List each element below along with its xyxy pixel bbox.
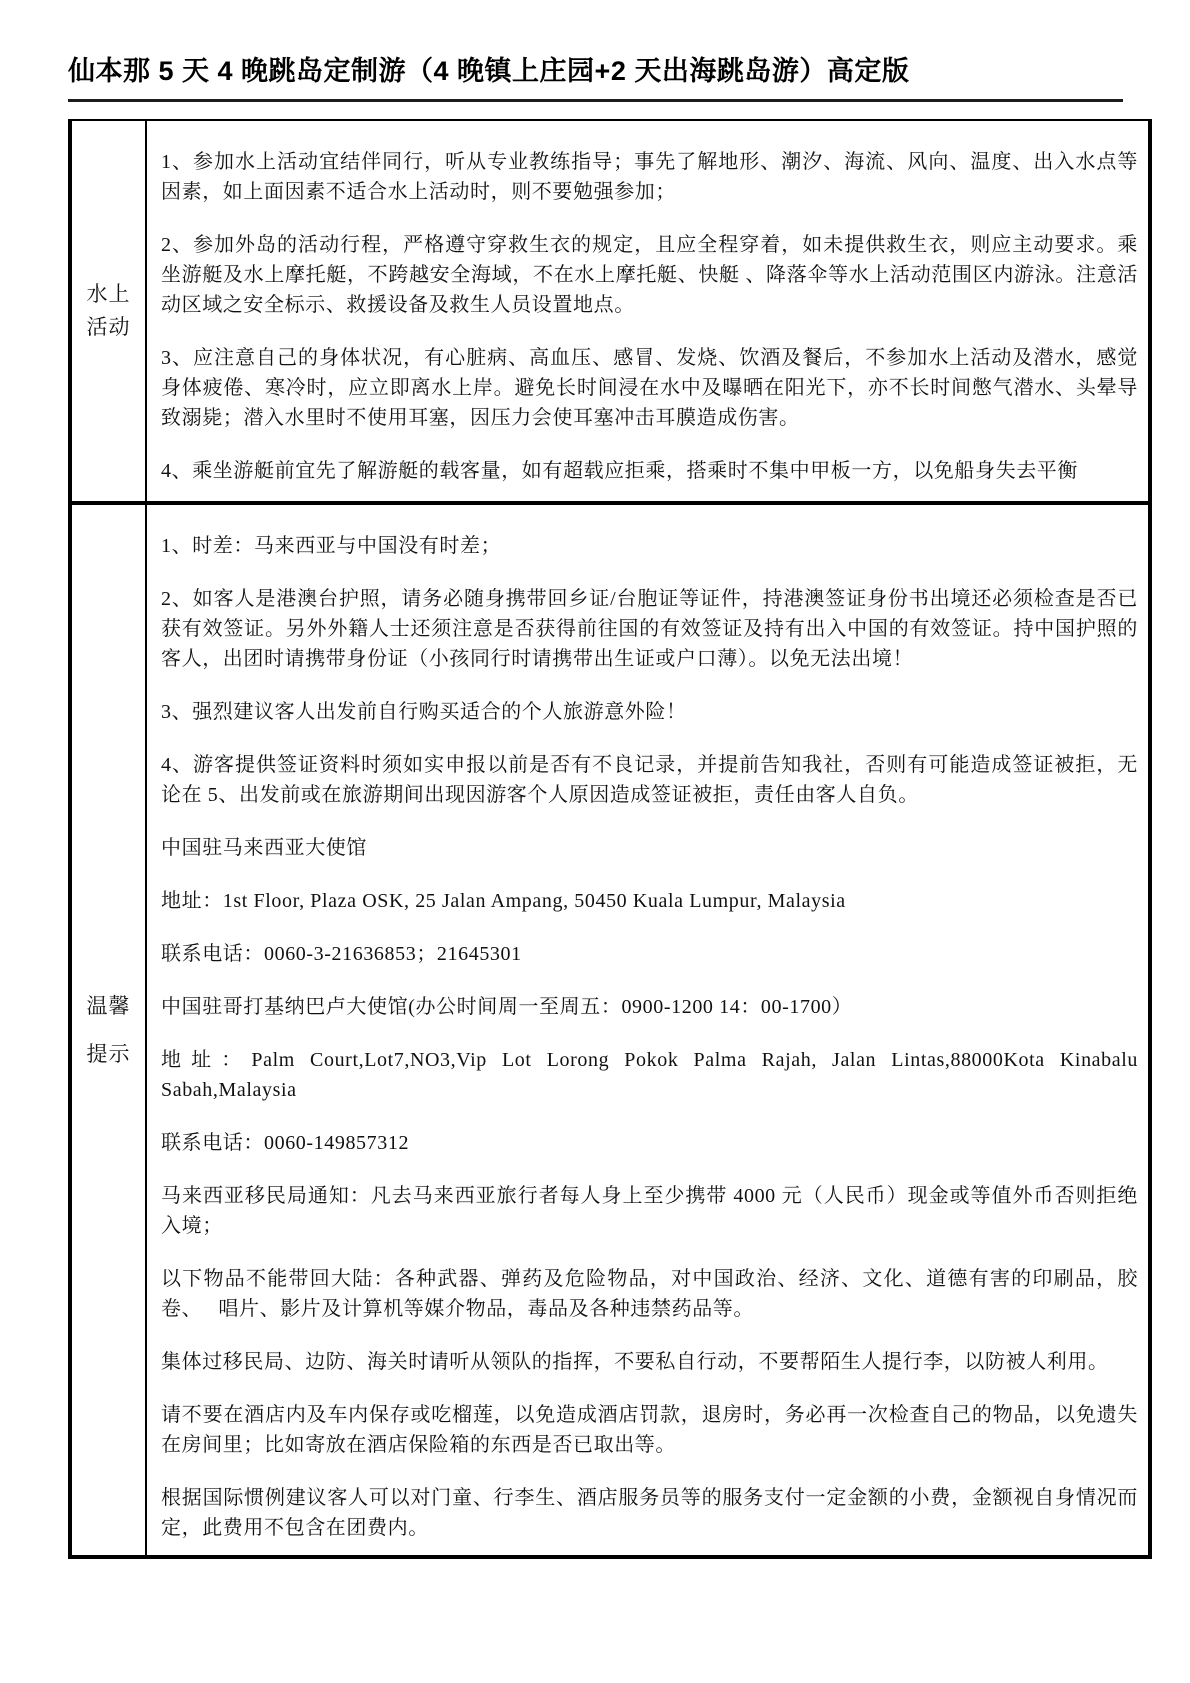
paragraph: 2、参加外岛的活动行程，严格遵守穿救生衣的规定，且应全程穿着，如未提供救生衣，则… (161, 230, 1138, 320)
paragraph: 地址：Palm Court,Lot7,NO3,Vip Lot Lorong Po… (161, 1045, 1138, 1105)
row-label-tips: 温馨 提示 (72, 505, 147, 1555)
info-table: 水上 活动 1、参加水上活动宜结伴同行，听从专业教练指导；事先了解地形、潮汐、海… (68, 119, 1152, 1559)
document-header: 仙本那 5 天 4 晚跳岛定制游（4 晚镇上庄园+2 天出海跳岛游）高定版 (68, 54, 1123, 102)
row-content-water-activities: 1、参加水上活动宜结伴同行，听从专业教练指导；事先了解地形、潮汐、海流、风向、温… (147, 121, 1148, 501)
paragraph: 4、游客提供签证资料时须如实申报以前是否有不良记录，并提前告知我社，否则有可能造… (161, 750, 1138, 810)
paragraph: 马来西亚移民局通知：凡去马来西亚旅行者每人身上至少携带 4000 元（人民币）现… (161, 1181, 1138, 1241)
paragraph: 请不要在酒店内及车内保存或吃榴莲，以免造成酒店罚款，退房时，务必再一次检查自己的… (161, 1400, 1138, 1460)
paragraph: 集体过移民局、边防、海关时请听从领队的指挥，不要私自行动，不要帮陌生人提行李，以… (161, 1347, 1138, 1377)
paragraph: 中国驻哥打基纳巴卢大使馆(办公时间周一至周五：0900-1200 14：00-1… (161, 992, 1138, 1022)
table-row-tips: 温馨 提示 1、时差：马来西亚与中国没有时差；2、如客人是港澳台护照，请务必随身… (72, 505, 1148, 1555)
table-row-water-activities: 水上 活动 1、参加水上活动宜结伴同行，听从专业教练指导；事先了解地形、潮汐、海… (72, 121, 1148, 505)
paragraph: 地址：1st Floor, Plaza OSK, 25 Jalan Ampang… (161, 886, 1138, 916)
paragraph: 1、参加水上活动宜结伴同行，听从专业教练指导；事先了解地形、潮汐、海流、风向、温… (161, 147, 1138, 207)
paragraph: 以下物品不能带回大陆：各种武器、弹药及危险物品，对中国政治、经济、文化、道德有害… (161, 1264, 1138, 1324)
paragraph: 联系电话：0060-3-21636853；21645301 (161, 939, 1138, 969)
paragraph: 3、强烈建议客人出发前自行购买适合的个人旅游意外险！ (161, 697, 1138, 727)
paragraph: 根据国际惯例建议客人可以对门童、行李生、酒店服务员等的服务支付一定金额的小费，金… (161, 1483, 1138, 1543)
paragraph: 中国驻马来西亚大使馆 (161, 833, 1138, 863)
paragraph: 3、应注意自己的身体状况，有心脏病、高血压、感冒、发烧、饮酒及餐后，不参加水上活… (161, 343, 1138, 433)
paragraph: 2、如客人是港澳台护照，请务必随身携带回乡证/台胞证等证件，持港澳签证身份书出境… (161, 584, 1138, 674)
paragraph: 4、乘坐游艇前宜先了解游艇的载客量，如有超载应拒乘，搭乘时不集中甲板一方，以免船… (161, 456, 1138, 486)
paragraph: 1、时差：马来西亚与中国没有时差； (161, 531, 1138, 561)
row-content-tips: 1、时差：马来西亚与中国没有时差；2、如客人是港澳台护照，请务必随身携带回乡证/… (147, 505, 1148, 1555)
row-label-water-activities: 水上 活动 (72, 121, 147, 501)
row-label-line: 水上 (87, 278, 131, 311)
document-page: 仙本那 5 天 4 晚跳岛定制游（4 晚镇上庄园+2 天出海跳岛游）高定版 水上… (0, 0, 1190, 1683)
row-label-line: 活动 (87, 311, 131, 344)
paragraph: 联系电话：0060-149857312 (161, 1128, 1138, 1158)
row-label-line: 提示 (87, 1038, 131, 1071)
document-title: 仙本那 5 天 4 晚跳岛定制游（4 晚镇上庄园+2 天出海跳岛游）高定版 (68, 54, 1123, 88)
row-label-line: 温馨 (87, 990, 131, 1023)
